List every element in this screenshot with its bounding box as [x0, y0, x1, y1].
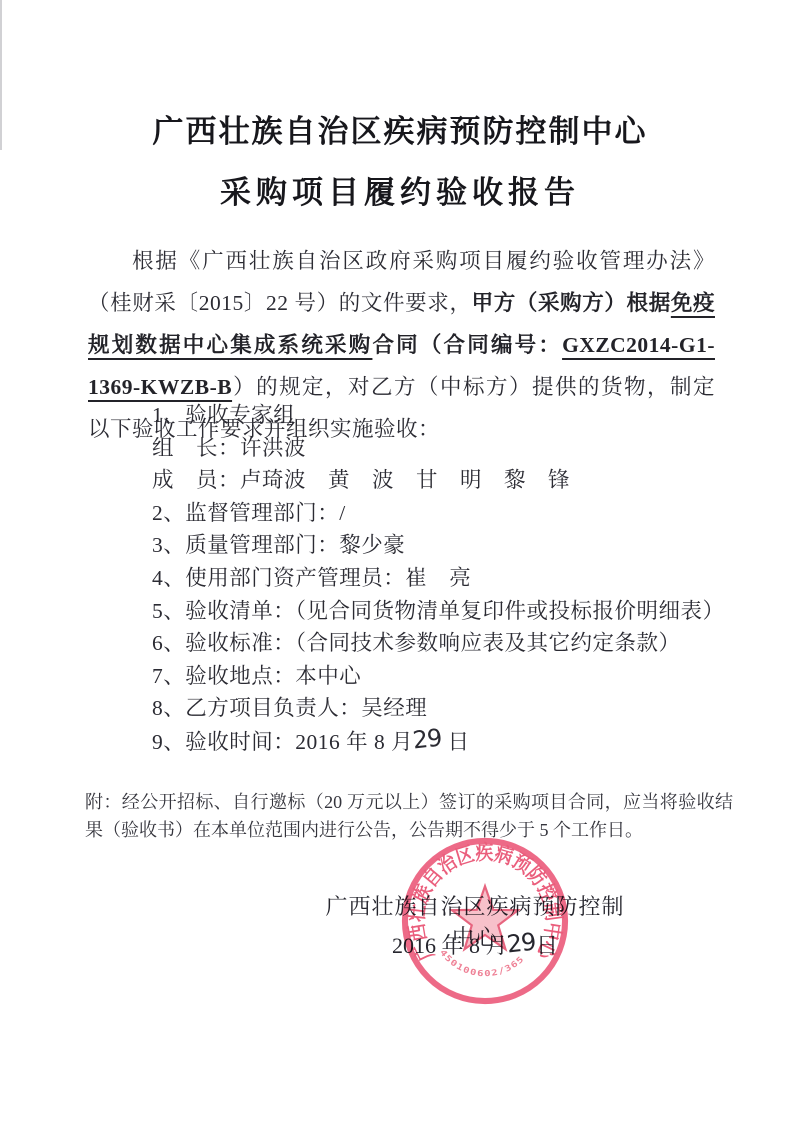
list-item-9-prefix: 9、验收时间：2016 年 8 月 — [152, 730, 413, 754]
signature-date-prefix: 2016 年 8 月 — [392, 933, 508, 958]
list-item-9-suffix: 日 — [448, 730, 470, 754]
scanned-document-page: { "document": { "title_line1": "广西壮族自治区疾… — [0, 0, 800, 1132]
handwritten-day: 29 — [411, 722, 443, 757]
signature-handwritten-day: 29 — [506, 928, 537, 959]
title-report-line: 采购项目履约验收报告 — [0, 162, 800, 224]
document-title: 广西壮族自治区疾病预防控制中心 采购项目履约验收报告 — [0, 102, 800, 224]
list-item-8: 8、乙方项目负责人：吴经理 — [152, 692, 722, 725]
list-item-3: 3、质量管理部门：黎少豪 — [152, 529, 722, 562]
acceptance-list: 1、验收专家组 组 长：许洪波 成 员：卢琦波 黄 波 甘 明 黎 锋 2、监督… — [152, 399, 722, 759]
list-item-1: 1、验收专家组 — [152, 399, 722, 432]
list-item-1-leader: 组 长：许洪波 — [152, 432, 722, 465]
list-item-6: 6、验收标准：（合同技术参数响应表及其它约定条款） — [152, 627, 722, 660]
list-item-4: 4、使用部门资产管理员：崔 亮 — [152, 562, 722, 595]
footer-note: 附：经公开招标、自行邀标（20 万元以上）签订的采购项目合同，应当将验收结果（验… — [85, 788, 733, 844]
signature-date: 2016 年 8 月29日 — [380, 929, 570, 960]
signature-date-suffix: 日 — [536, 933, 558, 958]
list-item-1-members: 成 员：卢琦波 黄 波 甘 明 黎 锋 — [152, 464, 722, 497]
list-item-5: 5、验收清单：（见合同货物清单复印件或投标报价明细表） — [152, 595, 722, 628]
intro-segment-4: 合同（合同编号： — [372, 333, 562, 357]
list-item-9: 9、验收时间：2016 年 8 月29 日 — [152, 725, 722, 759]
list-item-2: 2、监督管理部门：/ — [152, 497, 722, 530]
list-item-7: 7、验收地点：本中心 — [152, 660, 722, 693]
intro-segment-2: 甲方（采购方）根据 — [472, 291, 671, 315]
title-org-line: 广西壮族自治区疾病预防控制中心 — [0, 102, 800, 162]
